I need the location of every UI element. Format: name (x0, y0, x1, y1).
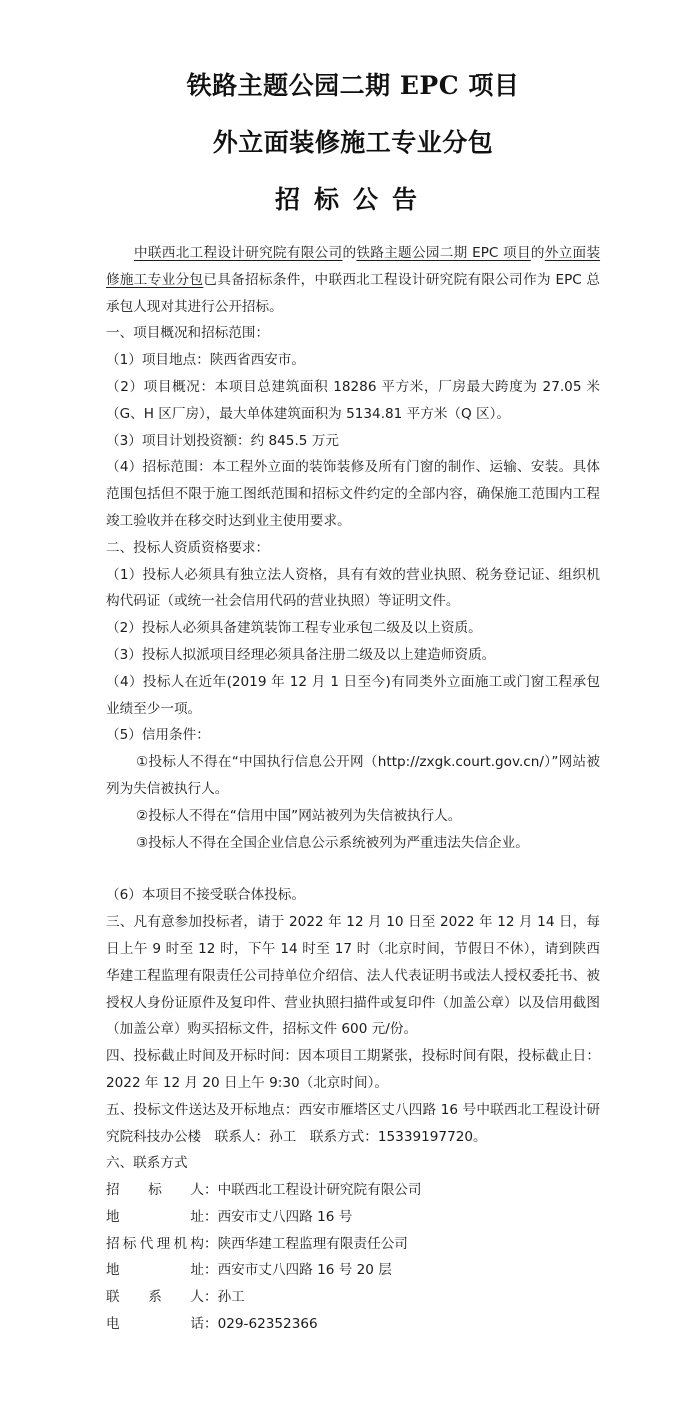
section-1-item-3: （3）项目计划投资额：约 845.5 万元 (106, 428, 600, 455)
contact-colon: ： (204, 1177, 218, 1204)
section-3-purchase-info: 三、凡有意参加投标者，请于 2022 年 12 月 10 日至 2022 年 1… (106, 909, 600, 1043)
contact-value: 孙工 (218, 1284, 245, 1311)
contact-label-char: 系 (148, 1284, 162, 1311)
contact-value: 西安市丈八四路 16 号 20 层 (218, 1257, 392, 1284)
contact-label: 电话 (106, 1311, 204, 1338)
contact-label-char: 电 (106, 1311, 120, 1338)
section-2-item-5: （5）信用条件： (106, 722, 600, 749)
section-1-item-4: （4）招标范围：本工程外立面的装饰装修及所有门窗的制作、运输、安装。具体范围包括… (106, 454, 600, 534)
section-1-item-2: （2）项目概况：本项目总建筑面积 18286 平方米，厂房最大跨度为 27.05… (106, 374, 600, 428)
section-2-item-6: （6）本项目不接受联合体投标。 (106, 882, 600, 909)
contact-label-char: 址 (190, 1257, 204, 1284)
contact-list: 招标人：中联西北工程设计研究院有限公司地址：西安市丈八四路 16 号招标代理机构… (106, 1177, 600, 1338)
contact-label-char: 地 (106, 1204, 120, 1231)
contact-label-char: 联 (106, 1284, 120, 1311)
contact-label: 地址 (106, 1204, 204, 1231)
contact-colon: ： (204, 1231, 218, 1258)
contact-label-char: 招 (106, 1177, 120, 1204)
section-2-item-3: （3）投标人拟派项目经理必须具备注册二级及以上建造师资质。 (106, 642, 600, 669)
contact-label: 联系人 (106, 1284, 204, 1311)
contact-value: 029-62352366 (218, 1311, 318, 1338)
contact-label-char: 代 (140, 1231, 154, 1258)
contact-colon: ： (204, 1311, 218, 1338)
contact-colon: ： (204, 1257, 218, 1284)
contact-value: 西安市丈八四路 16 号 (218, 1204, 353, 1231)
title-announcement: 招标公告 (106, 180, 600, 216)
contact-row: 电话：029-62352366 (106, 1311, 600, 1338)
section-4-deadline: 四、投标截止时间及开标时间：因本项目工期紧张，投标时间有限，投标截止日：2022… (106, 1043, 600, 1097)
contact-value: 陕西华建工程监理有限责任公司 (218, 1231, 408, 1258)
contact-label-char: 理 (157, 1231, 171, 1258)
section-1-heading: 一、项目概况和招标范围： (106, 320, 600, 347)
contact-label-char: 招 (106, 1231, 120, 1258)
credit-condition-2: ②投标人不得在“信用中国”网站被列为失信被执行人。 (106, 803, 600, 830)
contact-label-char: 人 (190, 1177, 204, 1204)
contact-label-char: 地 (106, 1257, 120, 1284)
section-5-submission-location: 五、投标文件送达及开标地点：西安市雁塔区丈八四路 16 号中联西北工程设计研究院… (106, 1097, 600, 1151)
contact-colon: ： (204, 1284, 218, 1311)
contact-row: 招标代理机构：陕西华建工程监理有限责任公司 (106, 1231, 600, 1258)
spacer (106, 856, 600, 882)
contact-row: 地址：西安市丈八四路 16 号 20 层 (106, 1257, 600, 1284)
tenderer-name: 中联西北工程设计研究院有限公司 (134, 245, 342, 261)
section-2-item-4: （4）投标人在近年(2019 年 12 月 1 日至今)有同类外立面施工或门窗工… (106, 669, 600, 723)
title-package-name: 外立面装修施工专业分包 (106, 123, 600, 159)
contact-colon: ： (204, 1204, 218, 1231)
contact-row: 地址：西安市丈八四路 16 号 (106, 1204, 600, 1231)
contact-row: 招标人：中联西北工程设计研究院有限公司 (106, 1177, 600, 1204)
contact-row: 联系人：孙工 (106, 1284, 600, 1311)
section-6-heading: 六、联系方式 (106, 1150, 600, 1177)
text-fragment: 的 (342, 245, 356, 261)
text-fragment: 的 (531, 245, 545, 261)
contact-label-char: 标 (123, 1231, 137, 1258)
section-2-item-2: （2）投标人必须具备建筑装饰工程专业承包二级及以上资质。 (106, 615, 600, 642)
contact-value: 中联西北工程设计研究院有限公司 (218, 1177, 422, 1204)
announcement-body: 中联西北工程设计研究院有限公司的铁路主题公园二期 EPC 项目的外立面装修施工专… (106, 240, 600, 1338)
contact-label: 招标代理机构 (106, 1231, 204, 1258)
contact-label-char: 址 (190, 1204, 204, 1231)
section-2-item-1: （1）投标人必须具有独立法人资格，具有有效的营业执照、税务登记证、组织机构代码证… (106, 562, 600, 616)
contact-label-char: 人 (190, 1284, 204, 1311)
credit-condition-3: ③投标人不得在全国企业信息公示系统被列为严重违法失信企业。 (106, 830, 600, 857)
title-project-name: 铁路主题公园二期 EPC 项目 (106, 66, 600, 102)
contact-label: 地址 (106, 1257, 204, 1284)
credit-condition-1: ①投标人不得在“中国执行信息公开网（http://zxgk.court.gov.… (106, 749, 600, 803)
intro-paragraph: 中联西北工程设计研究院有限公司的铁路主题公园二期 EPC 项目的外立面装修施工专… (106, 240, 600, 320)
contact-label-char: 标 (148, 1177, 162, 1204)
section-1-item-1: （1）项目地点：陕西省西安市。 (106, 347, 600, 374)
contact-label-char: 话 (190, 1311, 204, 1338)
contact-label-char: 构 (190, 1231, 204, 1258)
project-name: 铁路主题公园二期 EPC 项目 (356, 245, 530, 261)
contact-label: 招标人 (106, 1177, 204, 1204)
section-2-heading: 二、投标人资质资格要求： (106, 535, 600, 562)
contact-label-char: 机 (174, 1231, 188, 1258)
